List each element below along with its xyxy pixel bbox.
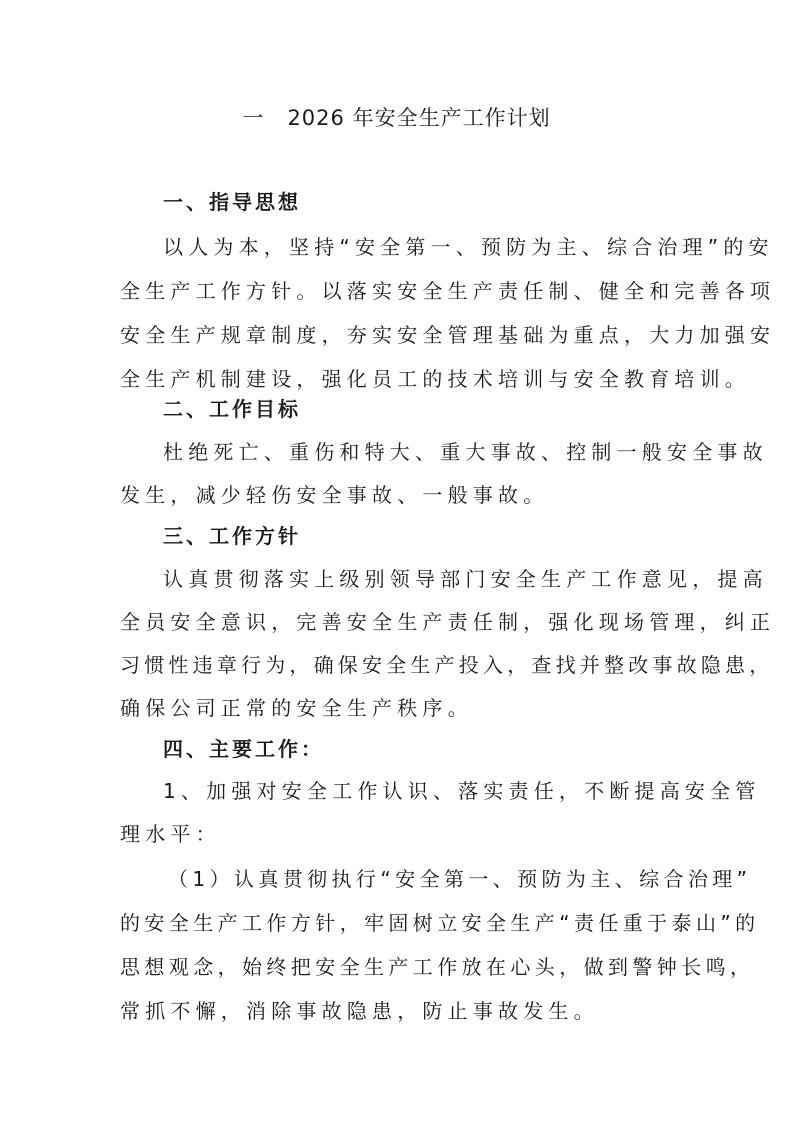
section-heading-guiding-ideology: 一、指导思想 xyxy=(163,187,301,217)
paragraph-line: 确保公司正常的安全生产秩序。 xyxy=(120,693,473,723)
document-title: 一 2026 年安全生产工作计划 xyxy=(0,103,793,133)
section-heading-work-policy: 三、工作方针 xyxy=(163,521,301,551)
paragraph-line: 杜绝死亡、重伤和特大、重大事故、控制一般安全事故 xyxy=(163,437,768,467)
paragraph-line: 1、加强对安全工作认识、落实责任，不断提高安全管 xyxy=(163,776,761,806)
paragraph-line: 以人为本，坚持“安全第一、预防为主、综合治理”的安 xyxy=(163,232,774,262)
paragraph-line: 全生产机制建设，强化员工的技术培训与安全教育培训。 xyxy=(120,364,750,394)
paragraph-line: 思想观念，始终把安全生产工作放在心头，做到警钟长鸣， xyxy=(120,952,754,982)
paragraph-line: 理水平： xyxy=(120,819,221,849)
section-heading-work-goals: 二、工作目标 xyxy=(163,394,301,424)
paragraph-line: 全生产工作方针。以落实安全生产责任制、健全和完善各项 xyxy=(120,276,775,306)
paragraph-line: （1）认真贯彻执行“安全第一、预防为主、综合治理” xyxy=(168,864,751,894)
paragraph-line: 认真贯彻落实上级别领导部门安全生产工作意见，提高 xyxy=(163,564,768,594)
paragraph-line: 习惯性违章行为，确保安全生产投入，查找并整改事故隐患， xyxy=(120,650,773,680)
paragraph-line: 安全生产规章制度，夯实安全管理基础为重点，大力加强安 xyxy=(120,320,775,350)
paragraph-line: 的安全生产工作方针，牢固树立安全生产“责任重于泰山”的 xyxy=(120,908,760,938)
section-heading-main-work: 四、主要工作： xyxy=(163,734,324,764)
document-page: 一 2026 年安全生产工作计划 一、指导思想 以人为本，坚持“安全第一、预防为… xyxy=(0,0,793,1122)
paragraph-line: 发生，减少轻伤安全事故、一般事故。 xyxy=(120,480,548,510)
paragraph-line: 全员安全意识，完善安全生产责任制，强化现场管理，纠正 xyxy=(120,607,775,637)
paragraph-line: 常抓不懈，消除事故隐患，防止事故发生。 xyxy=(120,996,599,1026)
